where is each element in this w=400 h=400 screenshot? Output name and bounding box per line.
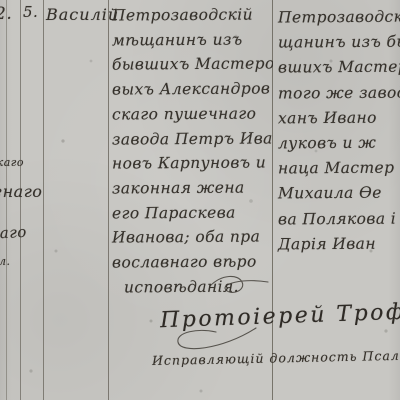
parents-text-line: законная жена xyxy=(112,178,245,197)
margin-note: скаго xyxy=(0,156,24,169)
priest-signature: Протоіерей Трофимъ xyxy=(160,298,400,333)
godparents-text-line: наца Мастер xyxy=(278,159,395,178)
godparents-text-line: Михаила Ѳе xyxy=(278,184,382,203)
godparents-text-line: ханъ Ивано xyxy=(278,108,377,127)
child-name: Василій xyxy=(46,5,119,24)
parents-text-line: скаго пушечнаго xyxy=(112,104,256,123)
parents-text-line: мѣщанинъ изъ xyxy=(112,30,243,49)
clerk-signature: Исправляющій должность Псаломщи xyxy=(152,347,400,368)
paper-speckles xyxy=(0,0,2,2)
column-rule-3 xyxy=(43,0,44,400)
parents-text-line: Петрозаводскій xyxy=(112,6,253,25)
metrical-book-scan: 2. 5. Василій Петрозаводскій мѣщанинъ из… xyxy=(0,0,400,400)
godparents-text-line: Дарія Иван xyxy=(278,234,376,253)
godparents-text-line: вшихъ Мастеро xyxy=(278,58,400,77)
parents-text-line: завода Петръ Ива xyxy=(112,129,273,148)
column-rule-4 xyxy=(108,0,109,400)
parents-text-line: выхъ Александров xyxy=(112,80,270,99)
parents-text-line: новъ Карпуновъ и xyxy=(112,154,266,173)
parents-text-line: бывшихъ Мастеро xyxy=(112,55,273,74)
record-number: 2. xyxy=(0,4,12,24)
godparents-column: Петрозаводскій щанинъ изъ бы вшихъ Масте… xyxy=(276,0,400,300)
parents-text-line: вославнаго вѣро xyxy=(112,252,257,271)
godparents-text-line: ва Полякова і xyxy=(278,209,396,228)
entry-number: 5. xyxy=(23,3,38,21)
godparents-text-line: щанинъ изъ бы xyxy=(278,33,400,52)
godparents-text-line: Петрозаводскій xyxy=(278,8,400,27)
margin-note: денаго xyxy=(0,182,42,201)
parents-column: Петрозаводскій мѣщанинъ изъ бывшихъ Маст… xyxy=(110,0,273,300)
parents-text-line: его Параскева xyxy=(112,203,236,222)
godparents-text-line: луковъ и ж xyxy=(278,134,376,153)
margin-note: ал. xyxy=(0,255,11,268)
parents-text-line: исповѣданія. xyxy=(124,277,239,296)
godparents-text-line: того же завода xyxy=(278,83,400,102)
parents-text-line: Иванова; оба пра xyxy=(112,228,260,247)
margin-note: енаго xyxy=(0,223,27,243)
